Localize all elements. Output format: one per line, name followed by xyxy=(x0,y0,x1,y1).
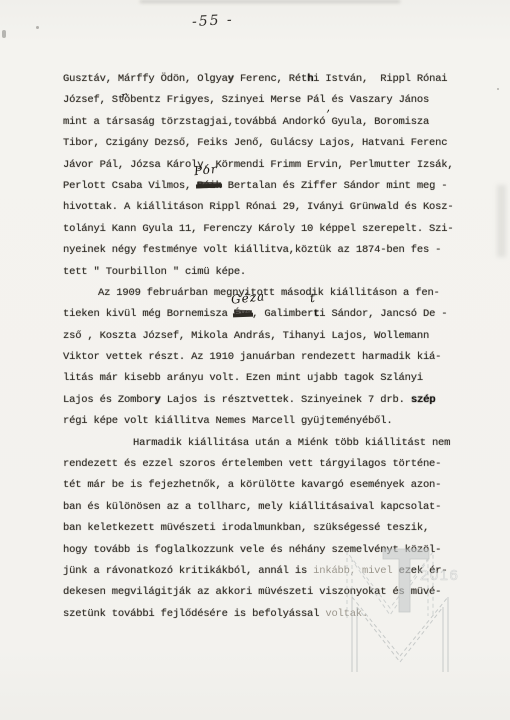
handwritten-correction: Pór xyxy=(194,164,218,176)
paper-speck xyxy=(497,88,499,90)
typed-line: Jávor Pál, Józsa Károly, Körmendi Frimm … xyxy=(63,155,483,176)
paper-speck xyxy=(36,26,39,29)
typed-line: tett " Tourbillon " cimü képe. xyxy=(63,262,483,283)
typed-line: Tibor, Czigány Dezső, Feiks Jenő, Gulács… xyxy=(63,133,483,154)
typed-line: mint a társaság törzstagjai,továbbá Ando… xyxy=(63,112,483,133)
typed-line: Viktor vettek részt. Az 1910 januárban r… xyxy=(63,347,483,368)
typed-line: rendezett és ezzel szoros értelemben vet… xyxy=(63,454,483,475)
typed-line: litás már kisebb arányu volt. Ezen mint … xyxy=(63,368,483,389)
scanned-typewritten-page: -55 - Gusztáv, Márffy Ödön, Olgyay Feren… xyxy=(0,0,510,720)
watermark-year-text: 2016 xyxy=(420,567,459,584)
typed-line: ban és különösen az a tollharc, mely kiá… xyxy=(63,497,483,518)
typed-line: tét már be is fejezhetnők, a körülötte k… xyxy=(63,475,483,496)
watermark: 2016 xyxy=(325,528,505,693)
typed-line: hivottak. A kiállitáson Rippl Rónai 29, … xyxy=(63,197,483,218)
typed-line: Perlott Csaba Vilmos, BéikPór Bertalan é… xyxy=(63,176,483,197)
typed-line: tolányi Kann Gyula 11, Ferenczy Károly 1… xyxy=(63,219,483,240)
typed-line: József, Stróbentz Frigyes, Szinyei Merse… xyxy=(63,90,483,111)
handwritten-correction: Géza xyxy=(230,292,265,306)
handwritten-correction: t xyxy=(310,293,317,304)
correction: tt xyxy=(313,304,319,325)
watermark-letter-m-upper xyxy=(347,552,433,618)
typed-line: Gusztáv, Márffy Ödön, Olgyay Ferenc, Rét… xyxy=(63,69,483,90)
typed-line: zső , Koszta József, Mikola András, Tiha… xyxy=(63,326,483,347)
paper-speck xyxy=(2,30,6,38)
correction: BéikPór xyxy=(197,176,221,197)
scan-edge-smudge xyxy=(140,0,400,3)
typed-line: Lajos és Zombory Lajos is résztvettek. S… xyxy=(63,390,483,411)
scan-edge-smudge xyxy=(497,185,506,257)
typed-line: Harmadik kiállitása után a Miénk több ki… xyxy=(63,433,483,454)
handwritten-correction: r xyxy=(121,91,129,102)
typed-line: tieken kivül még Bornemisza ÉvaGéza, Gal… xyxy=(63,304,483,325)
typed-line: régi képe volt kiállitva Nemes Marcell g… xyxy=(63,411,483,432)
correction: ÉvaGéza xyxy=(234,304,252,325)
typed-line: nyeinek négy festménye volt kiállitva,kö… xyxy=(63,240,483,261)
page-number: -55 - xyxy=(192,12,235,30)
typed-line: Az 1909 februárban megnyitott második ki… xyxy=(63,283,483,304)
